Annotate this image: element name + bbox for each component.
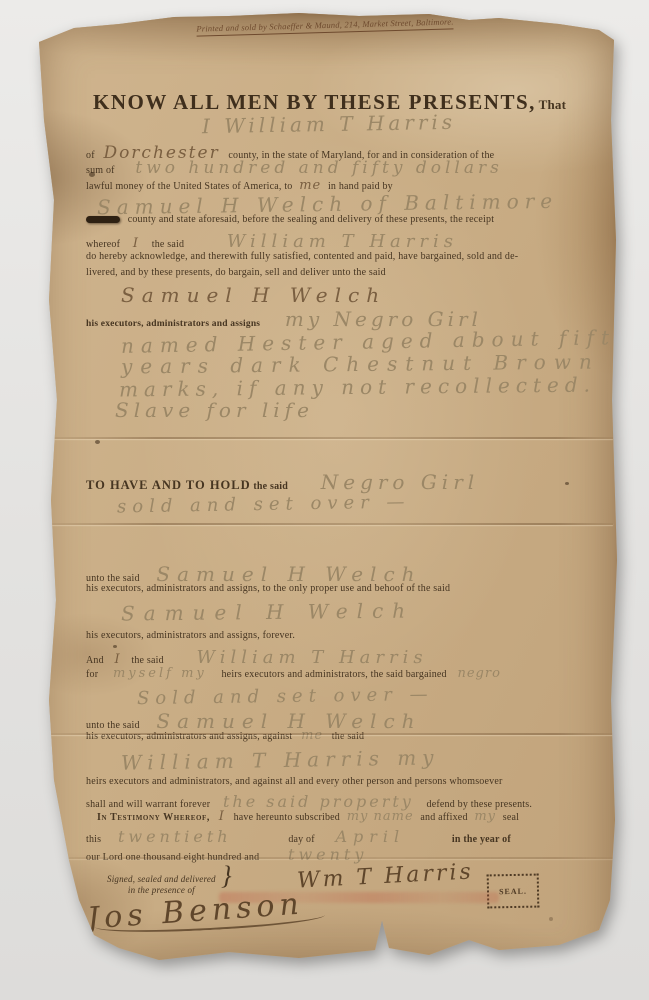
printed-text: and affixed <box>420 812 467 823</box>
hw-month: April <box>335 827 405 846</box>
hw-i: I <box>133 236 139 251</box>
printer-imprint-line: Printed and sold by Schaeffer & Maund, 2… <box>196 16 453 34</box>
signature-harris: Wm T Harris <box>296 859 474 893</box>
stain-speck <box>89 172 95 177</box>
stain-speck <box>549 917 553 921</box>
printed-text: And <box>86 655 104 666</box>
printed-text: livered, and by these presents, do barga… <box>86 267 386 278</box>
line-to-have: TO HAVE AND TO HOLD the said Negro Girl <box>86 470 479 494</box>
line-hw-sold-set-over-2: Sold and set over — <box>137 684 434 709</box>
hw-buyer-name: Samuel H Welch <box>121 283 386 307</box>
hw-my: my <box>474 809 496 824</box>
hw-negro-girl: Negro Girl <box>321 470 479 494</box>
printed-text: in the year of <box>452 834 511 845</box>
photo-background: Printed and sold by Schaeffer & Maund, 2… <box>0 0 649 1000</box>
line-behoof: his executors, administrators and assign… <box>86 583 450 594</box>
line-county-aforesaid: county and state aforesaid, before the s… <box>86 214 494 225</box>
stain-speck <box>95 440 100 444</box>
hw-year-word: twenty <box>288 845 367 864</box>
printed-in-presence: in the presence of <box>128 885 195 895</box>
line-against-me: his executors, administrators and assign… <box>86 728 364 743</box>
fold-crease <box>43 523 613 525</box>
printed-in-testimony: In Testimony Whereof, <box>97 812 210 823</box>
line-this-day: this twentieth day of April in the year … <box>86 827 511 846</box>
hw-me: me <box>299 178 321 193</box>
seal-label: SEAL. <box>499 886 527 895</box>
line-sum: sum of two hundred and fifty dollars <box>86 158 503 178</box>
printed-text: the said <box>152 239 184 250</box>
title-that: That <box>539 97 567 112</box>
document-wrap: Printed and sold by Schaeffer & Maund, 2… <box>29 12 621 986</box>
printed-text: heirs executors and administrators, and … <box>86 776 503 787</box>
line-for-myself: for myself my heirs executors and admini… <box>86 666 501 681</box>
printed-text: day of <box>288 834 314 845</box>
ink-blot <box>86 216 120 223</box>
printed-text: his executors, administrators and assign… <box>86 583 450 594</box>
printed-text: the said <box>253 481 288 492</box>
hw-i: I <box>115 652 121 667</box>
hw-seller-name: William T Harris <box>227 231 458 252</box>
printed-to-have: TO HAVE AND TO HOLD <box>86 478 251 492</box>
hw-day-word: twentieth <box>118 827 232 846</box>
printed-text: for <box>86 669 98 680</box>
hw-i: I <box>219 809 225 824</box>
hw-seller-name-line: I William T Harris <box>169 109 489 139</box>
line-in-testimony: In Testimony Whereof, I have hereunto su… <box>97 809 519 824</box>
hw-buyer-name: Samuel H Welch <box>121 598 414 625</box>
line-hw-harris-my: William T Harris my <box>121 745 440 775</box>
line-hw-sold-set-over: sold and set over — <box>117 491 411 517</box>
line-executors-assigns: his executors, administrators and assign… <box>86 307 482 331</box>
line-delivered: livered, and by these presents, do barga… <box>86 267 386 278</box>
hw-sum: two hundred and fifty dollars <box>135 158 502 178</box>
hw-seller-name: William T Harris <box>197 647 428 668</box>
printer-imprint: Printed and sold by Schaeffer & Maund, 2… <box>196 16 454 36</box>
stain-speck <box>113 645 117 648</box>
fold-crease <box>43 857 613 859</box>
line-heirs-whomsoever: heirs executors and administrators, and … <box>86 776 503 787</box>
stain-speck <box>565 482 569 485</box>
hw-slave-for-life: Slave for life <box>115 398 314 422</box>
printed-text: this <box>86 834 101 845</box>
printed-text: whereof <box>86 239 120 250</box>
printed-text: have hereunto subscribed <box>234 812 340 823</box>
hw-sold-set-over: Sold and set over — <box>137 684 434 709</box>
hw-myself-my: myself my <box>113 666 207 681</box>
printed-text: the said <box>131 655 163 666</box>
printed-signed-sealed: Signed, sealed and delivered <box>107 874 216 884</box>
printed-text: lawful money of the United States of Ame… <box>86 181 293 192</box>
printed-text: his executors, administrators and assign… <box>86 630 295 641</box>
hw-seller-name: I William T Harris <box>202 110 457 138</box>
printed-text: his executors, administrators and assign… <box>86 319 260 329</box>
hw-seller-name: William T Harris my <box>121 745 440 775</box>
line-buyer-name-3: Samuel H Welch <box>121 598 414 625</box>
fold-crease <box>43 733 613 735</box>
signature-harris-line: Wm T Harris <box>296 859 474 893</box>
hw-sold-set-over: sold and set over — <box>117 491 411 517</box>
line-whereof: whereof I the said William T Harris <box>86 231 458 252</box>
printed-text: seal <box>503 812 519 823</box>
brace-glyph: } <box>221 870 232 881</box>
printed-text: county and state aforesaid, before the s… <box>128 214 494 225</box>
line-hw-slave-for-life: Slave for life <box>115 398 314 422</box>
printed-text: do hereby acknowledge, and therewith ful… <box>86 251 518 262</box>
seal-box: SEAL. <box>487 874 540 909</box>
printed-text: heirs executors and administrators, the … <box>221 669 446 680</box>
line-forever: his executors, administrators and assign… <box>86 630 295 641</box>
line-buyer-name-2: Samuel H Welch <box>121 283 386 307</box>
document-paper: Printed and sold by Schaeffer & Maund, 2… <box>29 12 621 986</box>
line-and-i-said: And I the said William T Harris <box>86 647 428 668</box>
fold-crease <box>43 437 613 439</box>
hw-negro: negro <box>457 666 500 681</box>
hw-me: me <box>301 728 323 743</box>
line-acknowledge: do hereby acknowledge, and therewith ful… <box>86 251 518 262</box>
hw-my-name: my name <box>347 809 414 824</box>
